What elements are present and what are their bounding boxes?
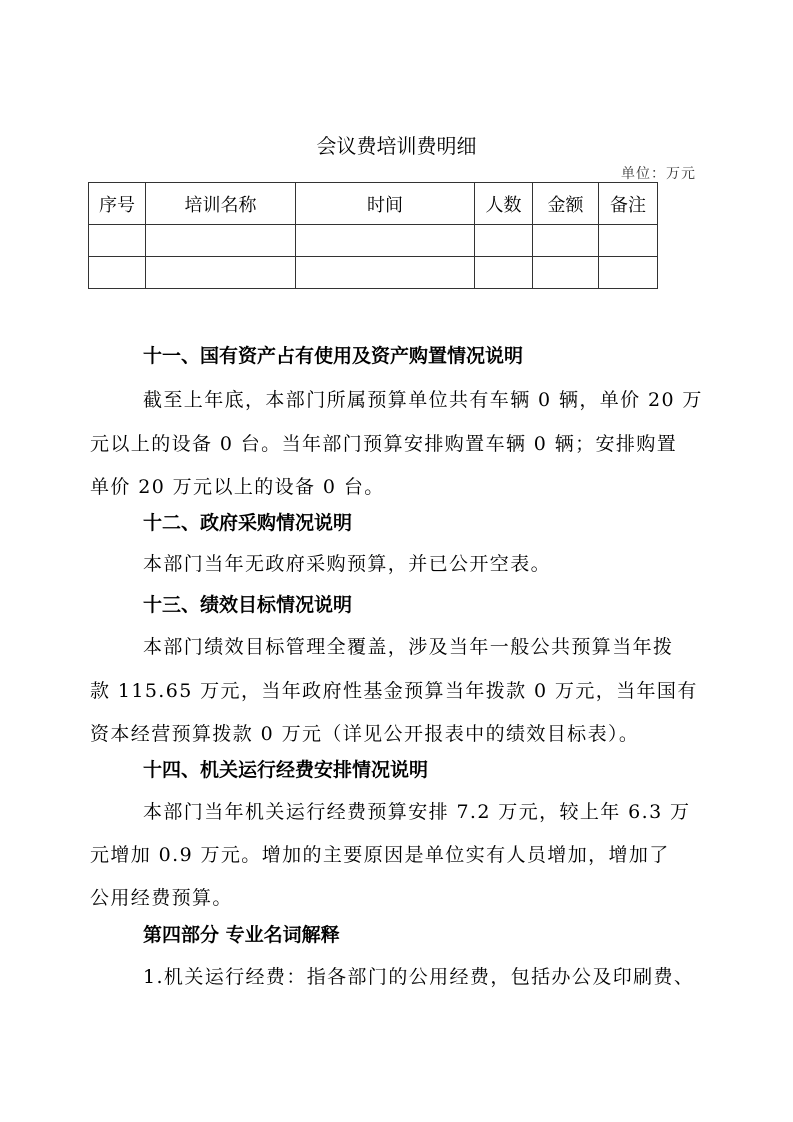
paragraph-line: 元增加 0.9 万元。增加的主要原因是单位实有人员增加，增加了 — [90, 840, 670, 867]
table-row — [89, 257, 658, 289]
table-cell — [599, 257, 658, 289]
paragraph-line: 本部门当年机关运行经费预算安排 7.2 万元，较上年 6.3 万 — [143, 797, 690, 824]
paragraph-line: 款 115.65 万元，当年政府性基金预算当年拨款 0 万元，当年国有 — [90, 676, 698, 703]
paragraph-line: 元以上的设备 0 台。当年部门预算安排购置车辆 0 辆；安排购置 — [90, 429, 677, 456]
section-heading-performance: 十三、绩效目标情况说明 — [143, 590, 352, 617]
col-header-amount: 金额 — [533, 183, 599, 225]
unit-label: 单位：万元 — [621, 163, 696, 183]
table-cell — [475, 257, 533, 289]
paragraph-line: 截至上年底，本部门所属预算单位共有车辆 0 辆，单价 20 万 — [143, 385, 703, 412]
table-cell — [296, 257, 475, 289]
section-heading-operating-costs: 十四、机关运行经费安排情况说明 — [143, 755, 428, 782]
training-expense-table: 序号 培训名称 时间 人数 金额 备注 — [88, 182, 658, 289]
section-heading-procurement: 十二、政府采购情况说明 — [143, 508, 352, 535]
table-cell — [146, 257, 296, 289]
table-cell — [533, 257, 599, 289]
table-row — [89, 225, 658, 257]
table-cell — [475, 225, 533, 257]
col-header-time: 时间 — [296, 183, 475, 225]
part-heading-glossary: 第四部分 专业名词解释 — [143, 920, 340, 947]
paragraph-line: 公用经费预算。 — [90, 883, 233, 910]
col-header-headcount: 人数 — [475, 183, 533, 225]
paragraph-line: 本部门绩效目标管理全覆盖，涉及当年一般公共预算当年拨 — [143, 632, 673, 659]
paragraph-line: 单价 20 万元以上的设备 0 台。 — [90, 472, 385, 499]
paragraph-line: 本部门当年无政府采购预算，并已公开空表。 — [143, 549, 551, 576]
table-cell — [146, 225, 296, 257]
col-header-remarks: 备注 — [599, 183, 658, 225]
table-cell — [89, 257, 146, 289]
table-cell — [533, 225, 599, 257]
table-header-row: 序号 培训名称 时间 人数 金额 备注 — [89, 183, 658, 225]
table-cell — [296, 225, 475, 257]
col-header-index: 序号 — [89, 183, 146, 225]
table-title: 会议费培训费明细 — [0, 130, 793, 159]
table-cell — [89, 225, 146, 257]
paragraph-line: 1.机关运行经费：指各部门的公用经费，包括办公及印刷费、 — [143, 962, 694, 989]
section-heading-assets: 十一、国有资产占有使用及资产购置情况说明 — [143, 341, 523, 368]
col-header-training-name: 培训名称 — [146, 183, 296, 225]
table-cell — [599, 225, 658, 257]
paragraph-line: 资本经营预算拨款 0 万元（详见公开报表中的绩效目标表）。 — [90, 719, 639, 746]
